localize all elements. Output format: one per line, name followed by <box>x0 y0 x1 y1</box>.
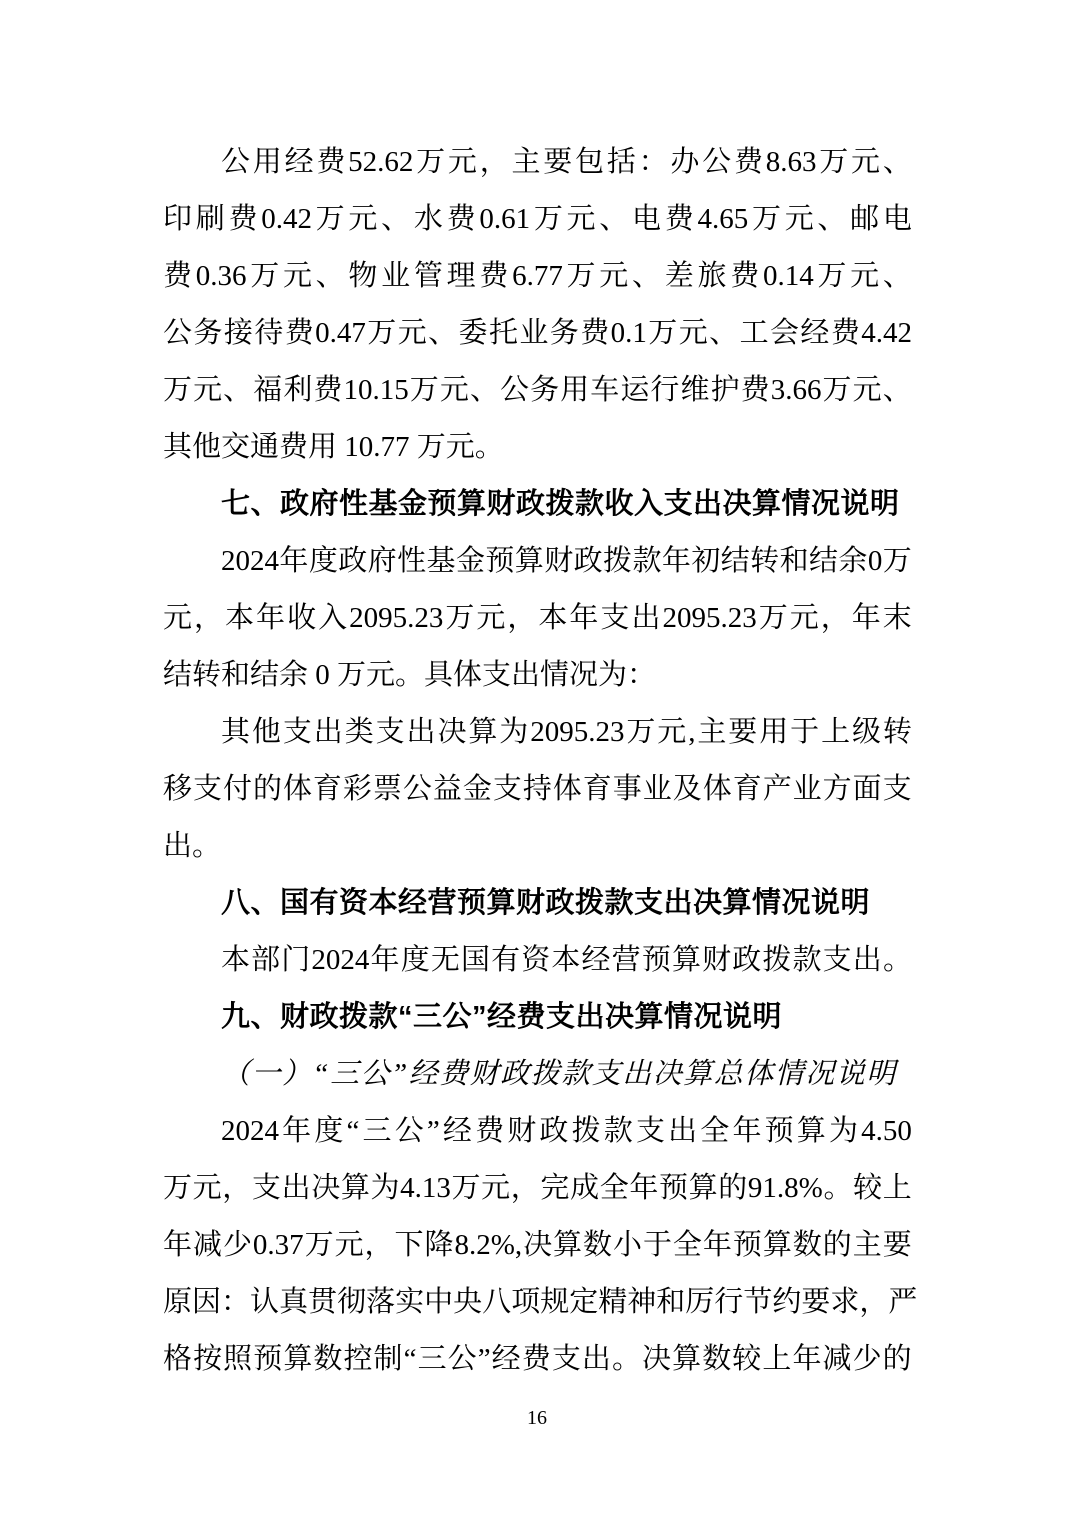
text-line: 出。 <box>163 818 912 875</box>
text-line: 结转和结余 0 万元。具体支出情况为： <box>163 647 912 704</box>
text-line: 费0.36万元、物业管理费6.77万元、差旅费0.14万元、 <box>163 248 912 305</box>
heading-line: 七、政府性基金预算财政拨款收入支出决算情况说明 <box>163 476 912 533</box>
text-line: 本部门2024年度无国有资本经营预算财政拨款支出。 <box>163 932 912 989</box>
text-line: 原因：认真贯彻落实中央八项规定精神和厉行节约要求，严 <box>163 1274 912 1331</box>
heading-line: 八、国有资本经营预算财政拨款支出决算情况说明 <box>163 875 912 932</box>
document-page: 公用经费52.62万元，主要包括：办公费8.63万元、印刷费0.42万元、水费0… <box>0 0 1074 1520</box>
text-line: 移支付的体育彩票公益金支持体育事业及体育产业方面支 <box>163 761 912 818</box>
text-line: 格按照预算数控制“三公”经费支出。决算数较上年减少的 <box>163 1331 912 1388</box>
heading-line: 九、财政拨款“三公”经费支出决算情况说明 <box>163 989 912 1046</box>
text-line: 2024年度“三公”经费财政拨款支出全年预算为4.50 <box>163 1103 912 1160</box>
text-line: （一）“三公”经费财政拨款支出决算总体情况说明 <box>163 1046 912 1103</box>
text-line: 公用经费52.62万元，主要包括：办公费8.63万元、 <box>163 134 912 191</box>
document-body: 公用经费52.62万元，主要包括：办公费8.63万元、印刷费0.42万元、水费0… <box>163 134 912 1388</box>
text-line: 万元，支出决算为4.13万元，完成全年预算的91.8%。较上 <box>163 1160 912 1217</box>
text-line: 2024年度政府性基金预算财政拨款年初结转和结余0万 <box>163 533 912 590</box>
text-line: 其他支出类支出决算为2095.23万元,主要用于上级转 <box>163 704 912 761</box>
text-line: 公务接待费0.47万元、委托业务费0.1万元、工会经费4.42 <box>163 305 912 362</box>
text-line: 印刷费0.42万元、水费0.61万元、电费4.65万元、邮电 <box>163 191 912 248</box>
text-line: 万元、福利费10.15万元、公务用车运行维护费3.66万元、 <box>163 362 912 419</box>
text-line: 年减少0.37万元，下降8.2%,决算数小于全年预算数的主要 <box>163 1217 912 1274</box>
page-number: 16 <box>0 1404 1074 1432</box>
text-line: 元，本年收入2095.23万元，本年支出2095.23万元，年末 <box>163 590 912 647</box>
text-line: 其他交通费用 10.77 万元。 <box>163 419 912 476</box>
